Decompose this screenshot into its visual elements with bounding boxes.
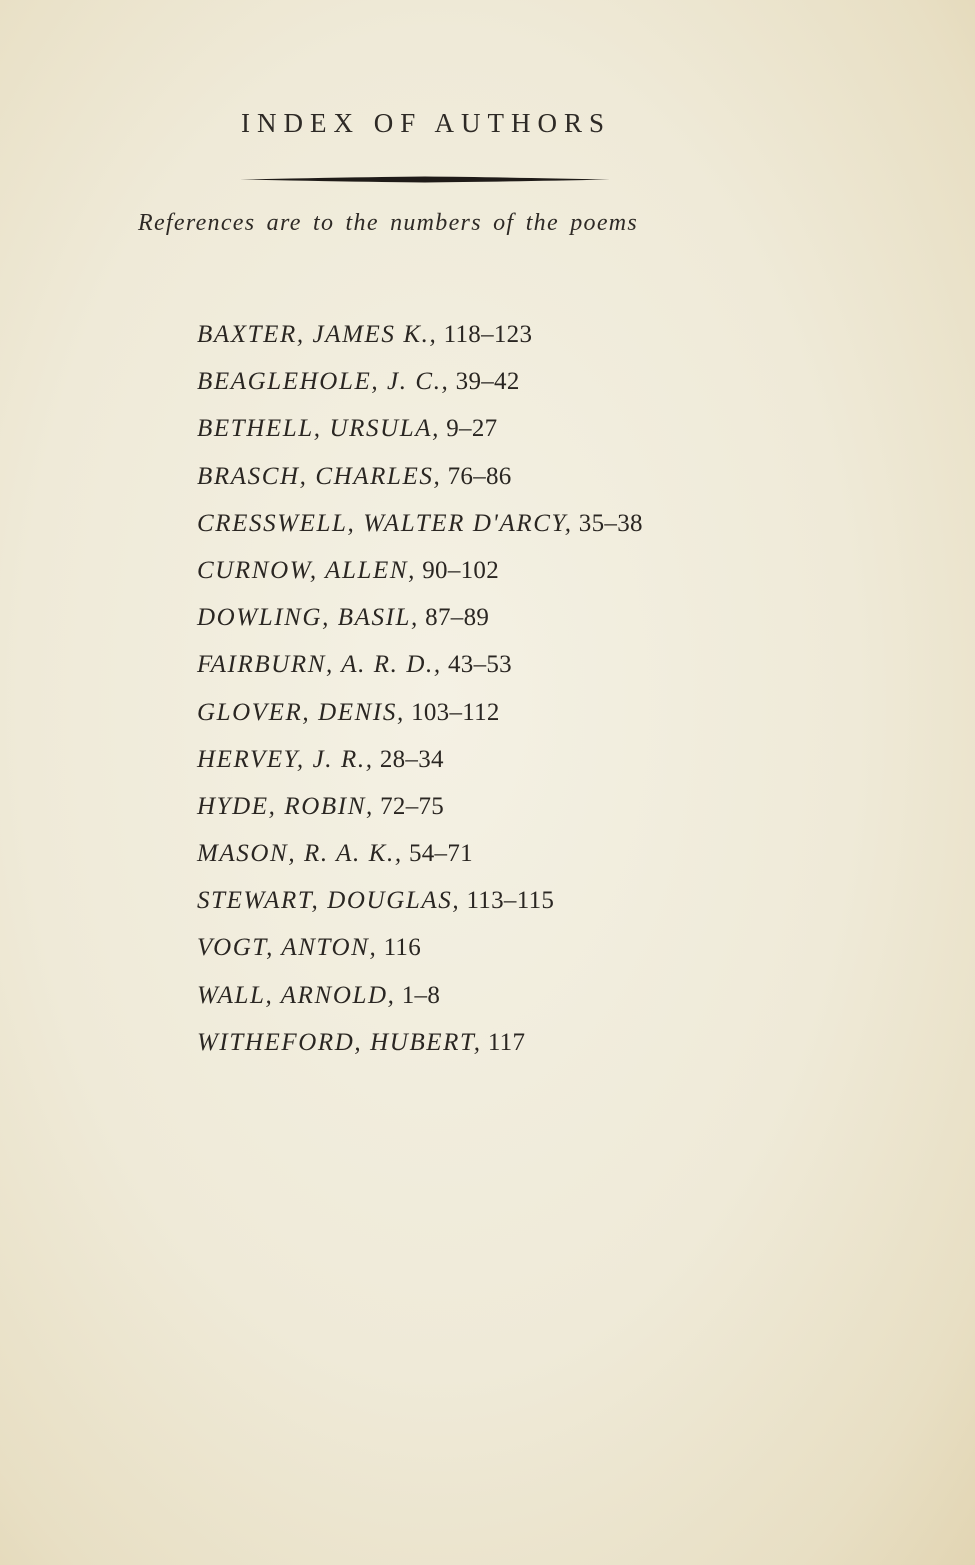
index-entry: BETHELL, URSULA, 9–27 — [197, 410, 643, 457]
poem-refs: 43–53 — [448, 651, 512, 678]
author-name: DOWLING, BASIL, — [197, 604, 419, 631]
poem-refs: 1–8 — [402, 982, 440, 1009]
index-entry: FAIRBURN, A. R. D., 43–53 — [197, 646, 643, 693]
poem-refs: 113–115 — [466, 887, 554, 914]
author-name: HYDE, ROBIN, — [197, 793, 374, 820]
author-name: HERVEY, J. R., — [197, 746, 374, 773]
index-entry: WITHEFORD, HUBERT, 117 — [197, 1024, 643, 1071]
index-entry: CURNOW, ALLEN, 90–102 — [197, 552, 643, 599]
index-entry: WALL, ARNOLD, 1–8 — [197, 977, 643, 1024]
index-entry: BEAGLEHOLE, J. C., 39–42 — [197, 363, 643, 410]
page-title: INDEX OF AUTHORS — [0, 108, 852, 139]
author-name: CRESSWELL, WALTER D'ARCY, — [197, 510, 573, 537]
poem-refs: 116 — [384, 934, 421, 961]
index-entry: CRESSWELL, WALTER D'ARCY, 35–38 — [197, 505, 643, 552]
author-name: CURNOW, ALLEN, — [197, 557, 416, 584]
poem-refs: 35–38 — [579, 510, 643, 537]
author-name: WITHEFORD, HUBERT, — [197, 1029, 482, 1056]
author-name: GLOVER, DENIS, — [197, 699, 405, 726]
poem-refs: 9–27 — [446, 415, 497, 442]
index-entry: VOGT, ANTON, 116 — [197, 929, 643, 976]
poem-refs: 103–112 — [411, 699, 500, 726]
author-name: VOGT, ANTON, — [197, 934, 377, 961]
poem-refs: 39–42 — [456, 368, 520, 395]
author-name: BAXTER, JAMES K., — [197, 321, 437, 348]
poem-refs: 54–71 — [409, 840, 473, 867]
index-subtitle: References are to the numbers of the poe… — [138, 210, 638, 237]
index-entry: BRASCH, CHARLES, 76–86 — [197, 458, 643, 505]
index-entry: STEWART, DOUGLAS, 113–115 — [197, 882, 643, 929]
author-name: MASON, R. A. K., — [197, 840, 403, 867]
author-name: STEWART, DOUGLAS, — [197, 887, 460, 914]
index-entry: HERVEY, J. R., 28–34 — [197, 741, 643, 788]
index-entry: GLOVER, DENIS, 103–112 — [197, 694, 643, 741]
index-entry: MASON, R. A. K., 54–71 — [197, 835, 643, 882]
index-entry: BAXTER, JAMES K., 118–123 — [197, 316, 643, 363]
poem-refs: 72–75 — [380, 793, 444, 820]
poem-refs: 87–89 — [425, 604, 489, 631]
author-name: BEAGLEHOLE, J. C., — [197, 368, 449, 395]
index-entry: HYDE, ROBIN, 72–75 — [197, 788, 643, 835]
author-name: BRASCH, CHARLES, — [197, 463, 441, 490]
index-entry: DOWLING, BASIL, 87–89 — [197, 599, 643, 646]
poem-refs: 90–102 — [422, 557, 499, 584]
poem-refs: 28–34 — [380, 746, 444, 773]
poem-refs: 76–86 — [448, 463, 512, 490]
poem-refs: 118–123 — [444, 321, 533, 348]
poem-refs: 117 — [488, 1029, 525, 1056]
decorative-rule — [240, 176, 610, 183]
author-name: WALL, ARNOLD, — [197, 982, 396, 1009]
author-name: FAIRBURN, A. R. D., — [197, 651, 442, 678]
book-page: INDEX OF AUTHORS References are to the n… — [0, 0, 975, 1565]
author-name: BETHELL, URSULA, — [197, 415, 440, 442]
author-index-list: BAXTER, JAMES K., 118–123 BEAGLEHOLE, J.… — [197, 316, 643, 1071]
